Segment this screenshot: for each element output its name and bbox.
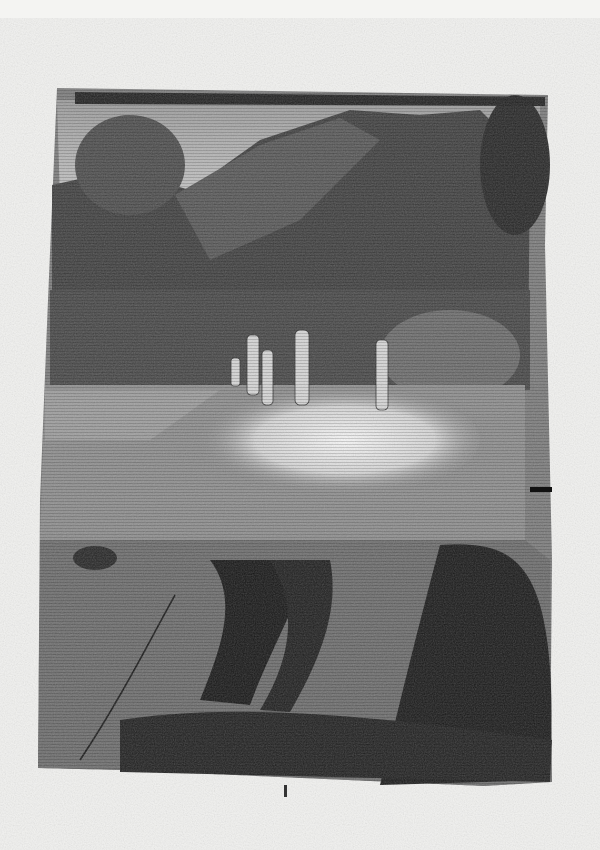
print-image <box>0 0 600 850</box>
photocopy-print <box>0 0 600 850</box>
